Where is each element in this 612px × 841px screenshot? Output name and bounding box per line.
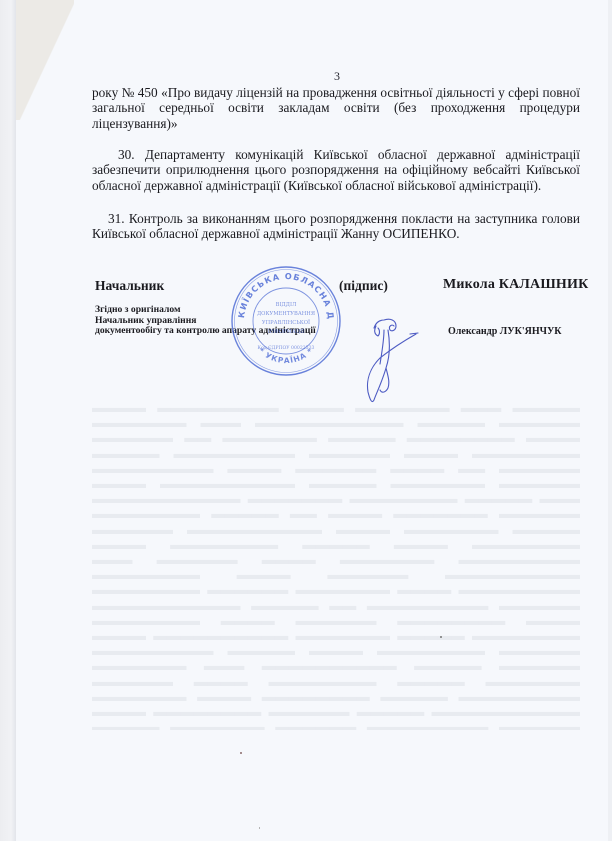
- scan-speck: [240, 752, 242, 754]
- scan-speck: [440, 636, 442, 638]
- document-content: 3 року № 450 «Про видачу ліцензій на про…: [0, 0, 612, 841]
- svg-text:ІНФОРМАЦІЇ: ІНФОРМАЦІЇ: [268, 328, 305, 335]
- svg-text:ВІДДІЛ: ВІДДІЛ: [276, 302, 297, 308]
- page-number: 3: [334, 69, 340, 84]
- official-stamp-icon: КИЇВСЬКА ОБЛАСНА ДЕРЖАВНА АДМІНІСТРАЦІЯ …: [230, 265, 342, 377]
- signatory-name: Микола КАЛАШНИК: [443, 277, 588, 293]
- signature-placeholder: (підпис): [339, 278, 388, 294]
- paragraph-item-31: 31. Контроль за виконанням цього розпоря…: [92, 211, 580, 242]
- paragraph-item-30: 30. Департаменту комунікацій Київської о…: [92, 147, 580, 193]
- paragraph-continuation: року № 450 «Про видачу ліцензій на прова…: [92, 85, 580, 131]
- signatory-title: Начальник: [95, 278, 164, 294]
- certifier-name: Олександр ЛУК'ЯНЧУК: [448, 326, 562, 337]
- svg-text:Код ЄДРПОУ 00022533: Код ЄДРПОУ 00022533: [258, 345, 315, 351]
- svg-text:ДОКУМЕНТУВАННЯ: ДОКУМЕНТУВАННЯ: [257, 311, 315, 317]
- scan-speck: [259, 827, 260, 829]
- svg-text:УПРАВЛІНСЬКОЇ: УПРАВЛІНСЬКОЇ: [262, 319, 310, 326]
- handwritten-signature-icon: [360, 312, 440, 408]
